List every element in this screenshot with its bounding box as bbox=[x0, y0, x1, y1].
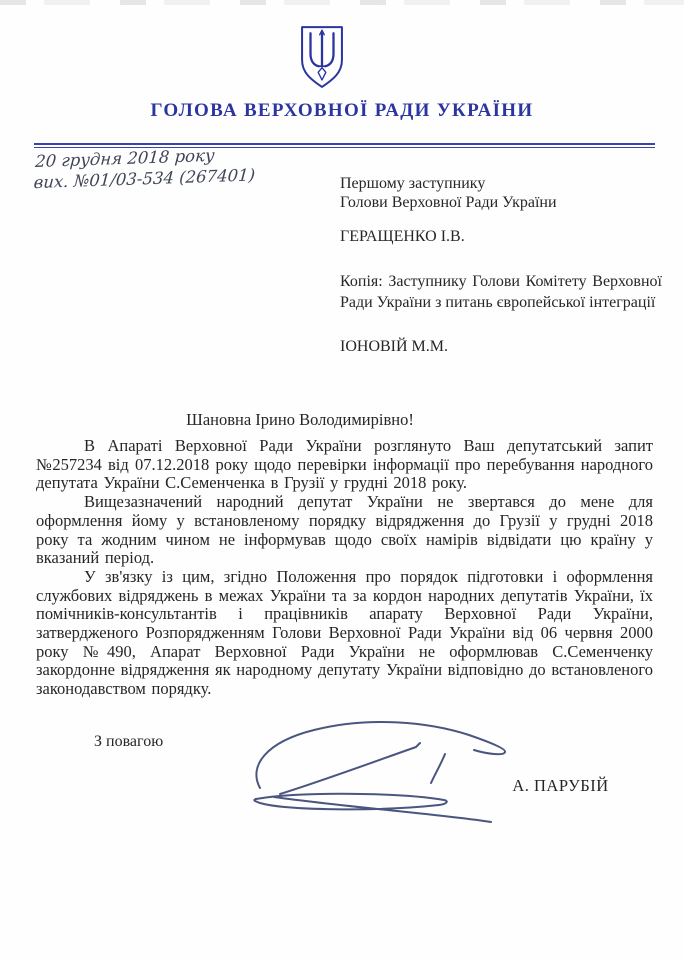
handwritten-registration-stamp: 20 грудня 2018 року вих. №01/03-534 (267… bbox=[33, 143, 257, 193]
body-paragraph-2: Вищезазначений народний депутат України … bbox=[36, 493, 653, 568]
recipient-position-line2: Голови Верховної Ради України bbox=[340, 193, 557, 212]
handwritten-signature bbox=[244, 702, 524, 827]
letterhead-title: ГОЛОВА ВЕРХОВНОЇ РАДИ УКРАЇНИ bbox=[0, 100, 684, 122]
scan-artifact-top-edge bbox=[0, 0, 684, 5]
recipient-name: ГЕРАЩЕНКО І.В. bbox=[340, 227, 465, 246]
valediction: З повагою bbox=[94, 733, 163, 751]
letter-body: В Апараті Верховної Ради України розглян… bbox=[36, 437, 653, 699]
copy-recipient-line: Копія: Заступнику Голови Комітету Верхов… bbox=[340, 272, 662, 313]
recipient-position-line1: Першому заступнику bbox=[340, 174, 485, 193]
ukraine-trident-emblem-icon bbox=[299, 24, 345, 90]
copy-recipient-name: ІОНОВІЙ М.М. bbox=[340, 337, 448, 356]
signer-name: А. ПАРУБІЙ bbox=[468, 776, 653, 796]
body-paragraph-3: У зв'язку із цим, згідно Положення про п… bbox=[36, 568, 653, 699]
salutation: Шановна Ірино Володимирівно! bbox=[10, 410, 590, 430]
scanned-letter-page: ГОЛОВА ВЕРХОВНОЇ РАДИ УКРАЇНИ 20 грудня … bbox=[0, 0, 684, 960]
body-paragraph-1: В Апараті Верховної Ради України розглян… bbox=[36, 437, 653, 493]
